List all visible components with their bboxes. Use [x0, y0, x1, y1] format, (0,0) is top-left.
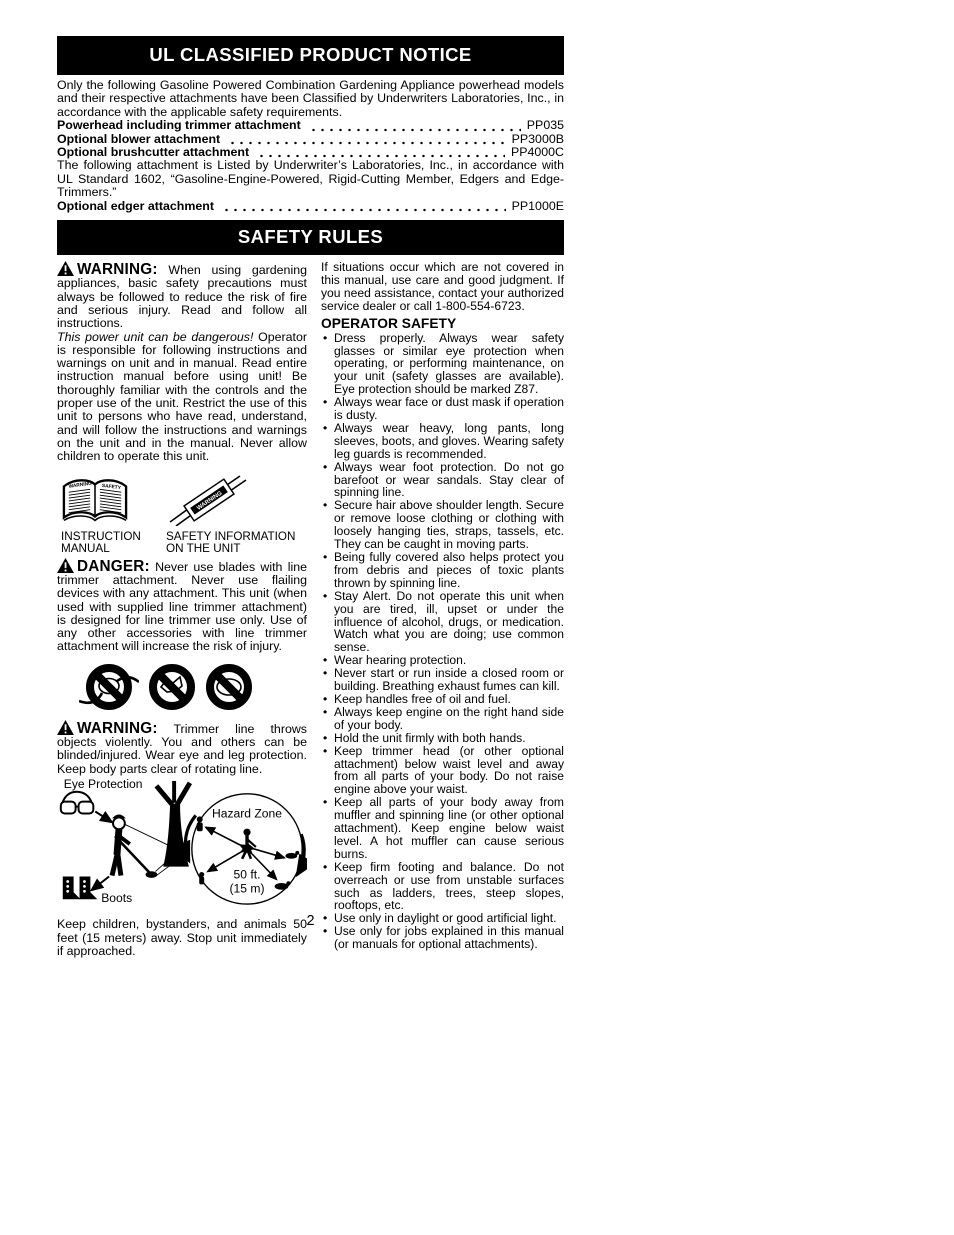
leader-dots	[257, 146, 505, 158]
prohibited-attachments-figure	[79, 663, 307, 711]
figure-caption: INSTRUCTION MANUAL	[61, 531, 166, 556]
model-row-value: PP1000E	[512, 200, 564, 213]
warning-paragraph-2: WARNING: Trimmer line throws objects vio…	[57, 720, 307, 776]
safety-bullet: Keep handles free of oil and fuel.	[321, 693, 564, 706]
ul-notice-body: Only the following Gasoline Powered Comb…	[57, 79, 564, 213]
eye-protection-label: Eye Protection	[64, 778, 143, 791]
safety-bullet: Keep trimmer head (or other optional att…	[321, 745, 564, 797]
hazard-zone-figure: Hazard Zone	[185, 794, 304, 904]
dangerous-italic-lead: This power unit can be dangerous!	[57, 330, 253, 344]
dangerous-text: Operator is responsible for following in…	[57, 330, 307, 464]
danger-text: Never use blades with line trimmer attac…	[57, 560, 307, 654]
safety-bullet: Dress properly. Always wear safety glass…	[321, 332, 564, 397]
ul-notice-banner: UL CLASSIFIED PRODUCT NOTICE	[57, 36, 564, 75]
left-column: WARNING: When using gardening appliances…	[57, 261, 307, 958]
warning-triangle-icon	[57, 720, 74, 735]
goggles-icon	[61, 792, 94, 814]
tree-figure	[156, 781, 190, 867]
operator-safety-heading: OPERATOR SAFETY	[321, 318, 564, 331]
model-row: Optional edger attachment PP1000E	[57, 200, 564, 213]
danger-triangle-icon	[57, 558, 74, 573]
safety-bullet: Use only for jobs explained in this manu…	[321, 925, 564, 951]
hazard-zone-label: Hazard Zone	[212, 806, 282, 820]
dangerous-paragraph: This power unit can be dangerous! Operat…	[57, 331, 307, 464]
model-row-label: Powerhead including trimmer attachment	[57, 119, 301, 132]
safety-bullet: Hold the unit firmly with both hands.	[321, 732, 564, 745]
model-row: Optional blower attachment PP3000B	[57, 133, 564, 146]
safety-rules-title: SAFETY RULES	[238, 226, 383, 247]
distance-label-line2: (15 m)	[230, 881, 265, 895]
safety-bullet: Always wear face or dust mask if operati…	[321, 396, 564, 422]
figure-caption: SAFETY INFORMATION ON THE UNIT	[166, 531, 306, 556]
boots-icon	[63, 876, 97, 899]
safety-bullet: Secure hair above shoulder length. Secur…	[321, 499, 564, 551]
instruction-manual-figure: WARNING SAFETY INSTRUCTION MANUAL	[61, 474, 166, 556]
safety-bullet: Never start or run inside a closed room …	[321, 667, 564, 693]
safety-bullet: Stay Alert. Do not operate this unit whe…	[321, 590, 564, 655]
safety-bullet: Always keep engine on the right hand sid…	[321, 706, 564, 732]
instruction-manual-icon: WARNING SAFETY	[61, 474, 129, 526]
safety-rules-banner: SAFETY RULES	[57, 220, 564, 255]
page-number: 2	[57, 913, 564, 929]
safety-scene-figure: Eye Protection	[57, 778, 307, 912]
leader-dots	[222, 200, 506, 212]
danger-paragraph: DANGER: Never use blades with line trimm…	[57, 558, 307, 654]
warning-triangle-icon	[57, 261, 74, 276]
warning-paragraph-1: WARNING: When using gardening appliances…	[57, 261, 307, 330]
safety-bullet: Always wear foot protection. Do not go b…	[321, 461, 564, 500]
right-intro-paragraph: If situations occur which are not covere…	[321, 261, 564, 313]
manual-page: UL CLASSIFIED PRODUCT NOTICE Only the fo…	[57, 36, 564, 958]
safety-bullet: Always wear heavy, long pants, long slee…	[321, 422, 564, 461]
reference-figures: WARNING SAFETY INSTRUCTION MANUAL	[57, 474, 307, 556]
two-column-body: WARNING: When using gardening appliances…	[57, 261, 564, 958]
boots-arrow	[91, 876, 109, 890]
model-row-label: Optional brushcutter attachment	[57, 146, 249, 159]
model-row-value: PP3000B	[512, 133, 564, 146]
leader-dots	[309, 120, 521, 132]
goggles-arrow	[95, 811, 112, 822]
operator-safety-list: Dress properly. Always wear safety glass…	[321, 332, 564, 952]
model-row-value: PP4000C	[511, 146, 564, 159]
model-row-label: Optional blower attachment	[57, 133, 220, 146]
no-saw-blade-icon	[205, 663, 253, 711]
no-blade-trimmer-icon	[79, 663, 139, 711]
ul-notice-title: UL CLASSIFIED PRODUCT NOTICE	[149, 44, 471, 65]
model-row-label: Optional edger attachment	[57, 200, 214, 213]
notice-intro: Only the following Gasoline Powered Comb…	[57, 79, 564, 119]
boots-label: Boots	[101, 891, 132, 905]
distance-label-line1: 50 ft.	[234, 867, 261, 881]
right-column: If situations occur which are not covere…	[321, 261, 564, 958]
leader-dots	[228, 133, 505, 145]
safety-bullet: Keep all parts of your body away from mu…	[321, 796, 564, 861]
notice-listed-para: The following attachment is Listed by Un…	[57, 159, 564, 199]
safety-label-on-unit-icon: WARNING	[166, 474, 248, 526]
no-flail-device-icon	[148, 663, 196, 711]
model-row-value: PP035	[527, 119, 564, 132]
unit-label-figure: WARNING SAFETY INFORMATION ON THE UNIT	[166, 474, 306, 556]
safety-bullet: Keep firm footing and balance. Do not ov…	[321, 861, 564, 913]
safety-bullet: Being fully covered also helps protect y…	[321, 551, 564, 590]
model-row: Powerhead including trimmer attachment P…	[57, 119, 564, 132]
model-row: Optional brushcutter attachment PP4000C	[57, 146, 564, 159]
